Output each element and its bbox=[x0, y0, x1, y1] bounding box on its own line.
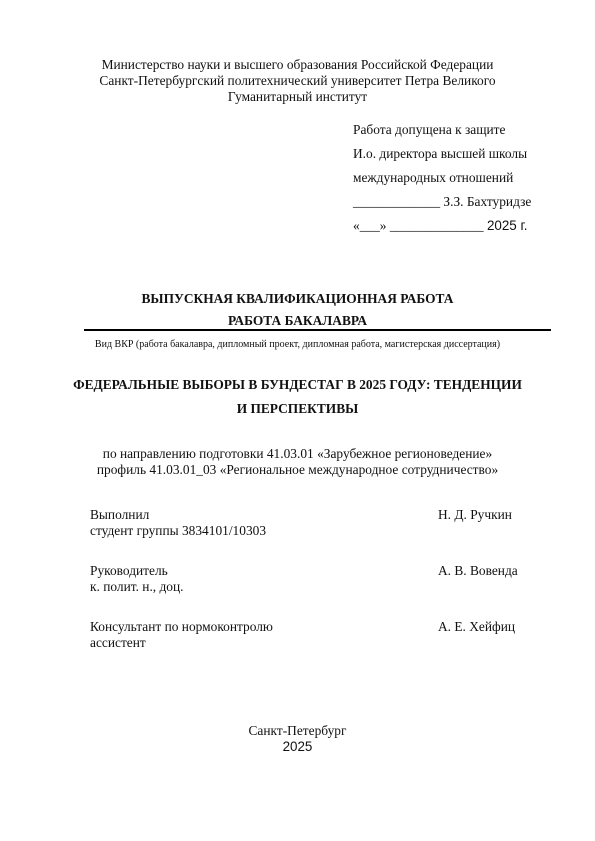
footer-year: 2025 bbox=[0, 739, 595, 755]
participant-name: А. В. Вовенда bbox=[438, 563, 518, 579]
ministry-name: Министерство науки и высшего образования… bbox=[0, 57, 595, 73]
university-name: Санкт-Петербургский политехнический унив… bbox=[0, 73, 595, 89]
footer-city: Санкт-Петербург bbox=[0, 723, 595, 739]
approval-line-2: И.о. директора высшей школы bbox=[353, 146, 527, 162]
approval-signature-line: _____________ З.З. Бахтуридзе bbox=[353, 194, 531, 210]
participant-detail: ассистент bbox=[90, 635, 146, 651]
participant-name: Н. Д. Ручкин bbox=[438, 507, 512, 523]
work-type-title: ВЫПУСКНАЯ КВАЛИФИКАЦИОННАЯ РАБОТА bbox=[0, 291, 595, 307]
study-direction: по направлению подготовки 41.03.01 «Зару… bbox=[0, 446, 595, 462]
participant-role: Выполнил bbox=[90, 507, 149, 523]
work-kind-note: Вид ВКР (работа бакалавра, дипломный про… bbox=[0, 339, 595, 350]
participant-detail: к. полит. н., доц. bbox=[90, 579, 184, 595]
work-kind-underline bbox=[84, 329, 551, 331]
work-kind: РАБОТА БАКАЛАВРА bbox=[0, 313, 595, 329]
date-month-blank: ______________ bbox=[390, 218, 484, 233]
signatory-name: З.З. Бахтуридзе bbox=[443, 194, 531, 209]
participant-role: Руководитель bbox=[90, 563, 168, 579]
participant-name: А. Е. Хейфиц bbox=[438, 619, 515, 635]
approval-line-3: международных отношений bbox=[353, 170, 513, 186]
participant-role: Консультант по нормоконтролю bbox=[90, 619, 273, 635]
study-profile: профиль 41.03.01_03 «Региональное междун… bbox=[0, 462, 595, 478]
date-day-blank: «___» bbox=[353, 218, 386, 233]
thesis-title-line-1: ФЕДЕРАЛЬНЫЕ ВЫБОРЫ В БУНДЕСТАГ В 2025 ГО… bbox=[0, 377, 595, 393]
date-year: 2025 г. bbox=[487, 218, 527, 233]
thesis-title-line-2: И ПЕРСПЕКТИВЫ bbox=[0, 401, 595, 417]
institute-name: Гуманитарный институт bbox=[0, 89, 595, 105]
approval-line-1: Работа допущена к защите bbox=[353, 122, 505, 138]
approval-date-line: «___» ______________ 2025 г. bbox=[353, 218, 527, 234]
signature-blank: _____________ bbox=[353, 194, 440, 209]
participant-detail: студент группы 3834101/10303 bbox=[90, 523, 266, 539]
